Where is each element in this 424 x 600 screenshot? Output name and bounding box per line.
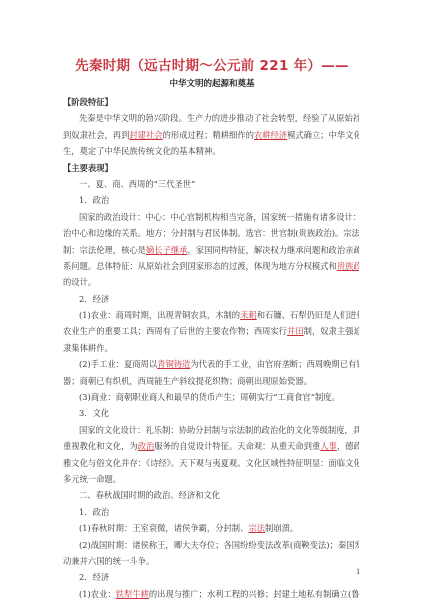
- highlighted-term: 井田: [287, 326, 304, 336]
- highlighted-term: 耒耜: [240, 310, 257, 320]
- text-line: 隶集体耕作。: [63, 340, 359, 356]
- text-segment: 的出现与推广；水利工程的兴修；封建土地私有制确立(鲁国: [149, 589, 359, 599]
- text-line: 动兼并六国的统一斗争。: [63, 553, 359, 569]
- document-subtitle: 中华文明的起源和奠基: [0, 77, 424, 89]
- text-line: 2．经济: [63, 291, 359, 307]
- text-segment: 生，奠定了中华民族传统文化的基本精神。: [63, 146, 221, 156]
- text-segment: 制崩溃。: [265, 523, 298, 533]
- text-line: 到奴隶社会，再到封建社会的形成过程；精耕细作的农耕经济模式确立；中华文化萌: [63, 127, 359, 143]
- text-segment: 器；商朝已有织机，西周能生产斜纹提花织物；商朝出现原始瓷器。: [63, 376, 312, 386]
- text-segment: 到奴隶社会，再到: [63, 130, 129, 140]
- document-title: 先秦时期（远古时期～公元前 221 年）——: [0, 54, 424, 74]
- text-segment: ，德政。: [337, 441, 359, 451]
- section-heading: 【阶段特征】: [63, 94, 359, 110]
- text-line: 农业生产的重要工具；西周有了后世的主要农作物；西周实行井田制，奴隶主强迫奴: [63, 323, 359, 339]
- text-segment: 多元统一命题。: [63, 474, 121, 484]
- text-segment: 制，奴隶主强迫奴: [304, 326, 359, 336]
- text-line: (1)农业：商周时期，出现青铜农具，木制的耒耜和石镰、石犁仍旧是人们进行: [63, 307, 359, 323]
- text-segment: 农业生产的重要工具；西周有了后世的主要农作物；西周实行: [63, 326, 287, 336]
- text-line: 重视教化和文化，为政治服务的自觉设计特征。天命观：从重天命到重人事，德政。: [63, 438, 359, 454]
- section-heading: 【主要表现】: [63, 160, 359, 176]
- text-line: 生，奠定了中华民族传统文化的基本精神。: [63, 143, 359, 159]
- text-segment: 3．文化: [79, 408, 109, 418]
- text-segment: (2)手工业：夏商周以: [79, 359, 157, 369]
- text-line: 2．经济: [63, 569, 359, 585]
- highlighted-term: 贵族政治: [337, 261, 359, 271]
- text-line: (1)农业：铁犁牛耕的出现与推广；水利工程的兴修；封建土地私有制确立(鲁国: [63, 586, 359, 600]
- text-segment: 隶集体耕作。: [63, 343, 113, 353]
- highlighted-term: 政治: [138, 441, 155, 451]
- text-segment: 为代表的手工业，由官府垄断；西周晚期已有铁: [190, 359, 359, 369]
- text-line: 器；商朝已有织机，西周能生产斜纹提花织物；商朝出现原始瓷器。: [63, 373, 359, 389]
- text-segment: 1．政治: [79, 195, 109, 205]
- text-segment: (1)农业：商周时期，出现青铜农具，木制的: [79, 310, 240, 320]
- text-line: 1．政治: [63, 504, 359, 520]
- text-segment: 重视教化和文化，为: [63, 441, 138, 451]
- text-segment: 系问题。总体特征：从原始社会到国家形态的过渡，体现为地方分权模式和: [63, 261, 337, 271]
- text-segment: 2．经济: [79, 294, 109, 304]
- text-segment: 模式确立；中华文化萌: [287, 130, 359, 140]
- text-line: 1．政治: [63, 192, 359, 208]
- text-segment: 治中心和边缘的关系。地方：分封制与君民体制。选官：世官制(贵族政治)。宗法: [63, 228, 359, 238]
- text-segment: 【阶段特征】: [63, 97, 113, 107]
- text-line: 雅文化与俗文化并存：《诗经》。天下观与夷夏观。文化区域性特征明显：面临文化: [63, 455, 359, 471]
- document-body: 【阶段特征】先秦是中华文明的勃兴阶段。生产力的进步推动了社会转型，经验了从原始社…: [63, 94, 359, 600]
- text-segment: 国家的文化设计：礼乐制：协助分封制与宗法制的政治化的文化等级制度，具有: [79, 425, 359, 435]
- highlighted-term: 铁犁牛耕: [116, 589, 149, 599]
- text-line: 治中心和边缘的关系。地方：分封制与君民体制。选官：世官制(贵族政治)。宗法: [63, 225, 359, 241]
- text-segment: (1)春秋时期：王室衰微，诸侯争霸，分封制、: [79, 523, 248, 533]
- text-line: 3．文化: [63, 405, 359, 421]
- text-segment: 2．经济: [79, 572, 109, 582]
- highlighted-term: 青铜铸造: [157, 359, 190, 369]
- text-line: (2)战国时期：诸侯称王，卿大夫夺位；各国纷纷变法改革(商鞅变法)；秦国发: [63, 537, 359, 553]
- text-segment: ，家国同构特征，解决权力继承问题和政治亲疏关: [187, 245, 359, 255]
- text-line: (3)商业：商朝职业商人和最早的货币产生；周朝实行“工商食官”制度。: [63, 389, 359, 405]
- text-line: (1)春秋时期：王室衰微，诸侯争霸，分封制、宗法制崩溃。: [63, 520, 359, 536]
- text-segment: 国家的政治设计：中心：中心官制机构相当完备，国家统一措施有诸多设计：政: [79, 212, 359, 222]
- text-segment: 1．政治: [79, 507, 109, 517]
- text-segment: 动兼并六国的统一斗争。: [63, 556, 154, 566]
- text-segment: 和石镰、石犁仍旧是人们进行: [257, 310, 359, 320]
- text-segment: 先秦是中华文明的勃兴阶段。生产力的进步推动了社会转型，经验了从原始社会: [79, 113, 359, 123]
- text-segment: 雅文化与俗文化并存：《诗经》。天下观与夷夏观。文化区域性特征明显：面临文化: [63, 458, 359, 468]
- text-line: (2)手工业：夏商周以青铜铸造为代表的手工业，由官府垄断；西周晚期已有铁: [63, 356, 359, 372]
- text-segment: 二、春秋战国时期的政治、经济和文化: [79, 490, 220, 500]
- text-segment: 的形成过程；精耕细作的: [163, 130, 254, 140]
- text-segment: 一、夏、商、西周的“三代圣世”: [79, 179, 195, 189]
- highlighted-term: 宗法: [248, 523, 265, 533]
- highlighted-term: 嫡长子继承: [146, 245, 188, 255]
- text-line: 的设计。: [63, 274, 359, 290]
- text-line: 国家的政治设计：中心：中心官制机构相当完备，国家统一措施有诸多设计：政: [63, 209, 359, 225]
- text-segment: 制：宗法伦理，核心是: [63, 245, 146, 255]
- text-segment: 服务的自觉设计特征。天命观：从重天命到重: [154, 441, 320, 451]
- text-segment: (2)战国时期：诸侯称王，卿大夫夺位；各国纷纷变法改革(商鞅变法)；秦国发: [79, 540, 359, 550]
- text-line: 国家的文化设计：礼乐制：协助分封制与宗法制的政治化的文化等级制度，具有: [63, 422, 359, 438]
- text-line: 先秦是中华文明的勃兴阶段。生产力的进步推动了社会转型，经验了从原始社会: [63, 110, 359, 126]
- text-segment: (3)商业：商朝职业商人和最早的货币产生；周朝实行“工商食官”制度。: [79, 392, 340, 402]
- text-segment: 【主要表现】: [63, 163, 113, 173]
- text-line: 制：宗法伦理，核心是嫡长子继承，家国同构特征，解决权力继承问题和政治亲疏关: [63, 242, 359, 258]
- text-line: 一、夏、商、西周的“三代圣世”: [63, 176, 359, 192]
- highlighted-term: 农耕经济: [254, 130, 287, 140]
- text-line: 二、春秋战国时期的政治、经济和文化: [63, 487, 359, 503]
- document-page: 先秦时期（远古时期～公元前 221 年）—— 中华文明的起源和奠基 【阶段特征】…: [0, 0, 424, 600]
- highlighted-term: 人事: [320, 441, 337, 451]
- text-line: 多元统一命题。: [63, 471, 359, 487]
- text-segment: 的设计。: [63, 277, 96, 287]
- text-line: 系问题。总体特征：从原始社会到国家形态的过渡，体现为地方分权模式和贵族政治: [63, 258, 359, 274]
- page-number: 1: [356, 568, 360, 576]
- text-segment: (1)农业：: [79, 589, 116, 599]
- highlighted-term: 封建社会: [129, 130, 162, 140]
